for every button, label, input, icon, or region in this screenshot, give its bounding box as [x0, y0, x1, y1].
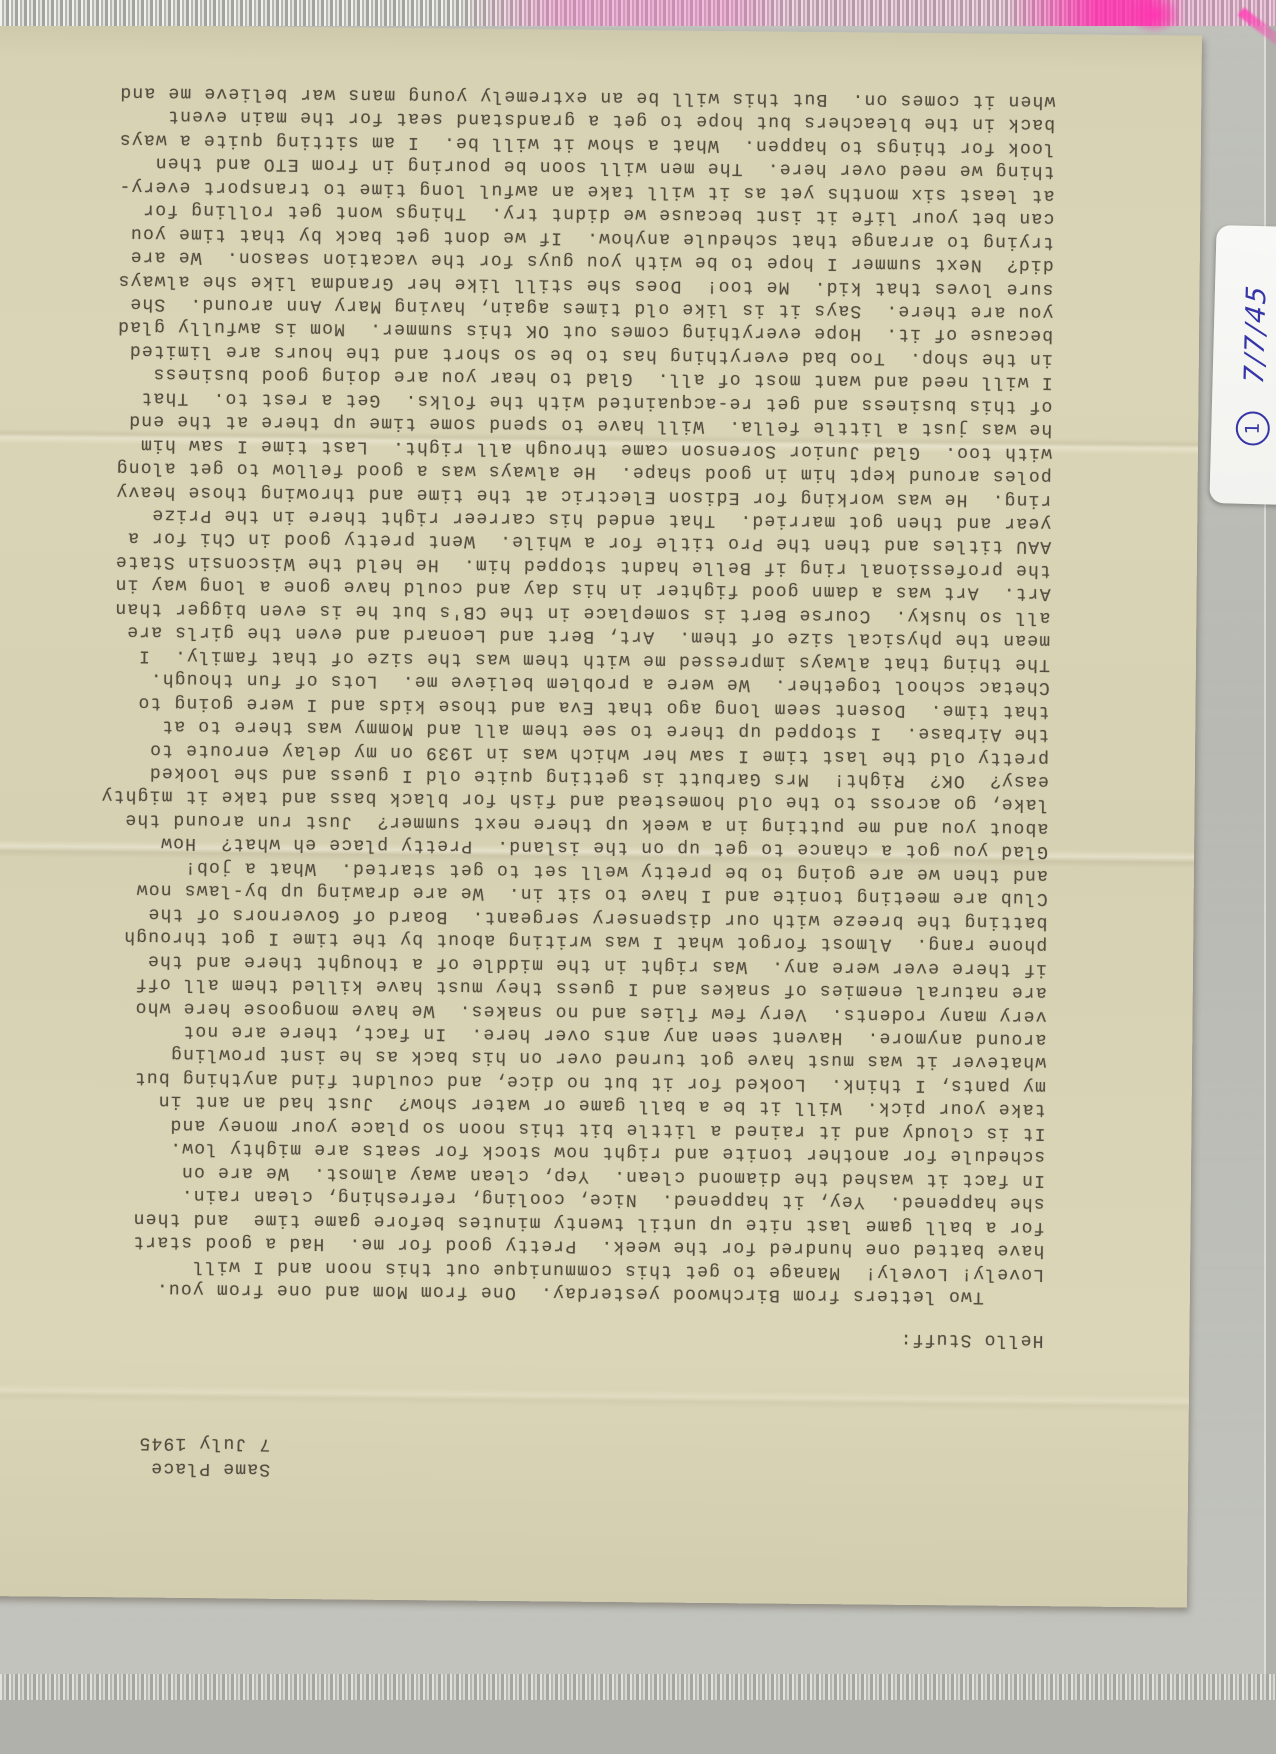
magenta-binding-highlight [1128, 0, 1180, 34]
sleeve-top-serrated-edge [0, 0, 1276, 26]
index-tab-inner: 1 7/7/45 [1209, 225, 1276, 505]
sleeve-bottom-serrated-edge [0, 1674, 1276, 1700]
handwritten-date: 7/7/45 [1238, 283, 1271, 386]
letter-body: Two letters from Birchwood yesterday. On… [36, 79, 1056, 1308]
index-tab-writing: 1 7/7/45 [1235, 284, 1273, 446]
index-tab: 1 7/7/45 [1209, 225, 1276, 505]
letter-place: Same Place [34, 1453, 270, 1480]
page-number-circled: 1 [1235, 411, 1270, 446]
scanned-document: Same Place7 July 1945 Hello Stuff: Two l… [0, 0, 1276, 1754]
letter-page: Same Place7 July 1945 Hello Stuff: Two l… [0, 24, 1202, 1608]
letter-salutation: Hello Stuff: [35, 1318, 1043, 1352]
letter-dateline: Same Place7 July 1945 [34, 1428, 270, 1480]
letter-content-upside-down: Same Place7 July 1945 Hello Stuff: Two l… [0, 24, 1202, 1608]
letter-date: 7 July 1945 [34, 1428, 270, 1455]
